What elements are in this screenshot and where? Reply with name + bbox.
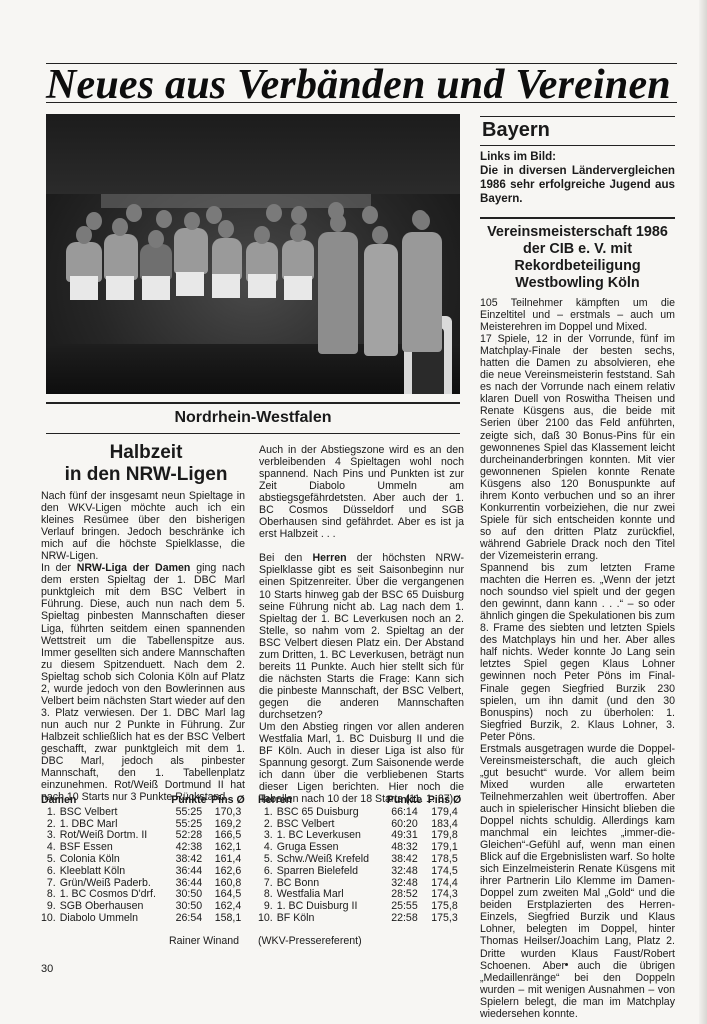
cell-pins: 161,4	[209, 854, 247, 866]
section-bottom-rule	[46, 433, 460, 434]
cell-rank: 6.	[258, 866, 277, 878]
cell-rank: 10.	[258, 913, 277, 925]
cell-pins: 175,3	[425, 913, 464, 925]
paragraph: Erstmals ausgetragen wurde die Doppel-Ve…	[480, 743, 675, 1020]
cell-team: Diabolo Ummeln	[60, 913, 169, 925]
cell-rank: 1.	[41, 807, 60, 819]
cell-points: 22:58	[384, 913, 425, 925]
cell-points: 66:14	[384, 807, 425, 819]
nrw-column-1: Nach fünf der insgesamt neun Spieltage i…	[41, 490, 245, 803]
paragraph: Bei den Herren der höchsten NRW-Spielkla…	[259, 552, 464, 721]
group-photo	[46, 114, 460, 394]
author-role: (WKV-Pressereferent)	[258, 935, 362, 947]
sidebar-title-rule	[480, 145, 675, 146]
nrw-column-2: Auch in der Abstiegszone wird es an den …	[259, 444, 464, 805]
paragraph: Um den Abstieg ringen vor allen anderen …	[259, 721, 464, 805]
print-speck	[565, 963, 568, 966]
sidebar-top-rule	[480, 116, 675, 117]
cell-rank: 1.	[258, 807, 277, 819]
caption-text: Die in diversen Ländervergleichen 1986 s…	[480, 164, 675, 206]
paragraph: Spannend bis zum letzten Frame machten d…	[480, 562, 675, 743]
article-title-halbzeit: Halbzeit in den NRW-Ligen	[46, 442, 246, 486]
cell-pins: 158,1	[209, 913, 247, 925]
paragraph: 17 Spiele, 12 in der Vorrunde, fünf im M…	[480, 333, 675, 562]
paragraph: 105 Teilnehmer kämpften um die Einzeltit…	[480, 297, 675, 333]
table-row: 1.BSC 65 Duisburg66:14179,4	[258, 807, 464, 819]
table-row: 10.BF Köln22:58175,3	[258, 913, 464, 925]
cell-points: 26:54	[169, 913, 209, 925]
table-row: 10.Diabolo Ummeln26:54158,1	[41, 913, 247, 925]
cell-team: Sparren Bielefeld	[277, 866, 384, 878]
region-heading-bayern: Bayern	[482, 118, 550, 142]
cell-team: Schw./Weiß Krefeld	[277, 854, 384, 866]
cell-pins: 174,5	[425, 866, 464, 878]
article-headline-vereinsmeisterschaft: Vereinsmeisterschaft 1986 der CIB e. V. …	[480, 224, 675, 292]
cell-points: 36:44	[169, 866, 209, 878]
table-row: 5.Colonia Köln38:42161,4	[41, 854, 247, 866]
damen-standings-table: Damen Punkte Pins Ø 1.BSC Velbert55:2517…	[41, 795, 247, 925]
cell-points: 55:25	[169, 807, 209, 819]
table-row: 6.Sparren Bielefeld32:48174,5	[258, 866, 464, 878]
caption-bottom-rule	[480, 217, 675, 219]
herren-standings-table: Herren Punkte Pins Ø 1.BSC 65 Duisburg66…	[258, 795, 464, 925]
cell-rank: 5.	[258, 854, 277, 866]
cell-rank: 10.	[41, 913, 60, 925]
table-row: 5.Schw./Weiß Krefeld38:42178,5	[258, 854, 464, 866]
cell-rank: 6.	[41, 866, 60, 878]
cell-pins: 178,5	[425, 854, 464, 866]
cell-points: 38:42	[384, 854, 425, 866]
sidebar-article-body: 105 Teilnehmer kämpften um die Einzeltit…	[480, 297, 675, 1020]
photo-caption: Links im Bild: Die in diversen Länderver…	[480, 150, 675, 206]
cell-points: 32:48	[384, 866, 425, 878]
table-row: 6.Kleeblatt Köln36:44162,6	[41, 866, 247, 878]
cell-rank: 5.	[41, 854, 60, 866]
paragraph: Nach fünf der insgesamt neun Spieltage i…	[41, 490, 245, 562]
table-row: 1.BSC Velbert55:25170,3	[41, 807, 247, 819]
page-number: 30	[41, 963, 53, 975]
cell-team: Colonia Köln	[60, 854, 169, 866]
page-edge	[699, 0, 707, 1024]
cell-team: Kleeblatt Köln	[60, 866, 169, 878]
cell-pins: 179,4	[425, 807, 464, 819]
cell-team: BSC Velbert	[60, 807, 169, 819]
cell-team: BSC 65 Duisburg	[277, 807, 384, 819]
paragraph: Auch in der Abstiegszone wird es an den …	[259, 444, 464, 540]
region-heading-nrw: Nordrhein-Westfalen	[46, 408, 460, 428]
cell-points: 38:42	[169, 854, 209, 866]
cell-pins: 170,3	[209, 807, 247, 819]
cell-pins: 162,6	[209, 866, 247, 878]
cell-team: BF Köln	[277, 913, 384, 925]
paragraph: In der NRW-Liga der Damen ging nach dem …	[41, 562, 245, 803]
section-top-rule	[46, 402, 460, 404]
caption-label: Links im Bild:	[480, 150, 675, 164]
masthead-bottom-rule	[46, 102, 677, 103]
author-name: Rainer Winand	[169, 935, 239, 947]
